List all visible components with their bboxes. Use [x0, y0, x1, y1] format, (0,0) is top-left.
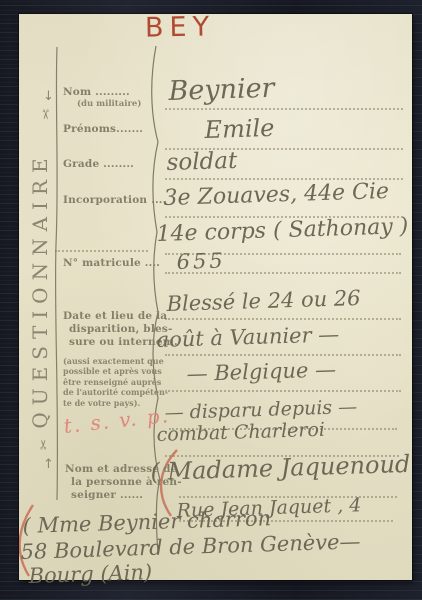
- answer-disparition-line2: août à Vaunier —: [156, 322, 339, 352]
- dotted-line: [165, 318, 401, 320]
- classification-heading: BEY: [145, 11, 216, 43]
- field-label-nom-sub: (du militaire): [77, 99, 141, 109]
- scanned-card-photo: { "card": { "heading": "BEY", "vertical_…: [0, 0, 422, 600]
- scissors-icon: ✂: [38, 109, 51, 120]
- answer-incorporation-line2: 14e corps ( Sathonay ): [156, 214, 408, 247]
- arrow-down-icon: ↓: [43, 90, 54, 103]
- field-label-incorporation: Incorporation ....: [63, 194, 167, 207]
- field-label-prenoms: Prénoms.......: [63, 123, 143, 136]
- answer-disparition-line3: — Belgique —: [186, 357, 336, 386]
- field-label-matricule: N° matricule ....: [63, 257, 160, 270]
- vertical-questionnaire-title: QUESTIONNAIRE: [28, 140, 52, 440]
- answer-disparition-line1: Blessé le 24 ou 26: [166, 286, 361, 316]
- dotted-line: [165, 354, 401, 356]
- answer-prenoms: Emile: [204, 114, 275, 144]
- field-label-nom: Nom .........: [63, 86, 130, 99]
- field-label-grade: Grade ........: [63, 158, 134, 171]
- arrow-up-icon: ↑: [43, 458, 54, 471]
- answer-grade: soldat: [166, 148, 237, 176]
- answer-incorporation-line1: 3e Zouaves, 44e Cie: [163, 179, 389, 211]
- questionnaire-card: BEY ↓ ✂ ✂ ↑ QUESTIONNAIRE Nom ......... …: [19, 14, 412, 580]
- answer-disparition-line5: combat Charleroi: [156, 419, 325, 446]
- footer-handwriting-line3: Bourg (Ain): [28, 560, 152, 588]
- dotted-line-label-column: [55, 250, 148, 252]
- answer-matricule: 655: [176, 248, 226, 274]
- dotted-line: [165, 390, 401, 392]
- left-column-rule: [56, 47, 58, 500]
- answer-nom: Beynier: [168, 73, 275, 107]
- field-label-disparition-note: (aussi exactement que possible et après …: [63, 356, 168, 408]
- tsvp-stamp: t. s. v. p.: [62, 403, 170, 438]
- dotted-line: [165, 108, 403, 110]
- scissors-icon: ✂: [38, 439, 51, 450]
